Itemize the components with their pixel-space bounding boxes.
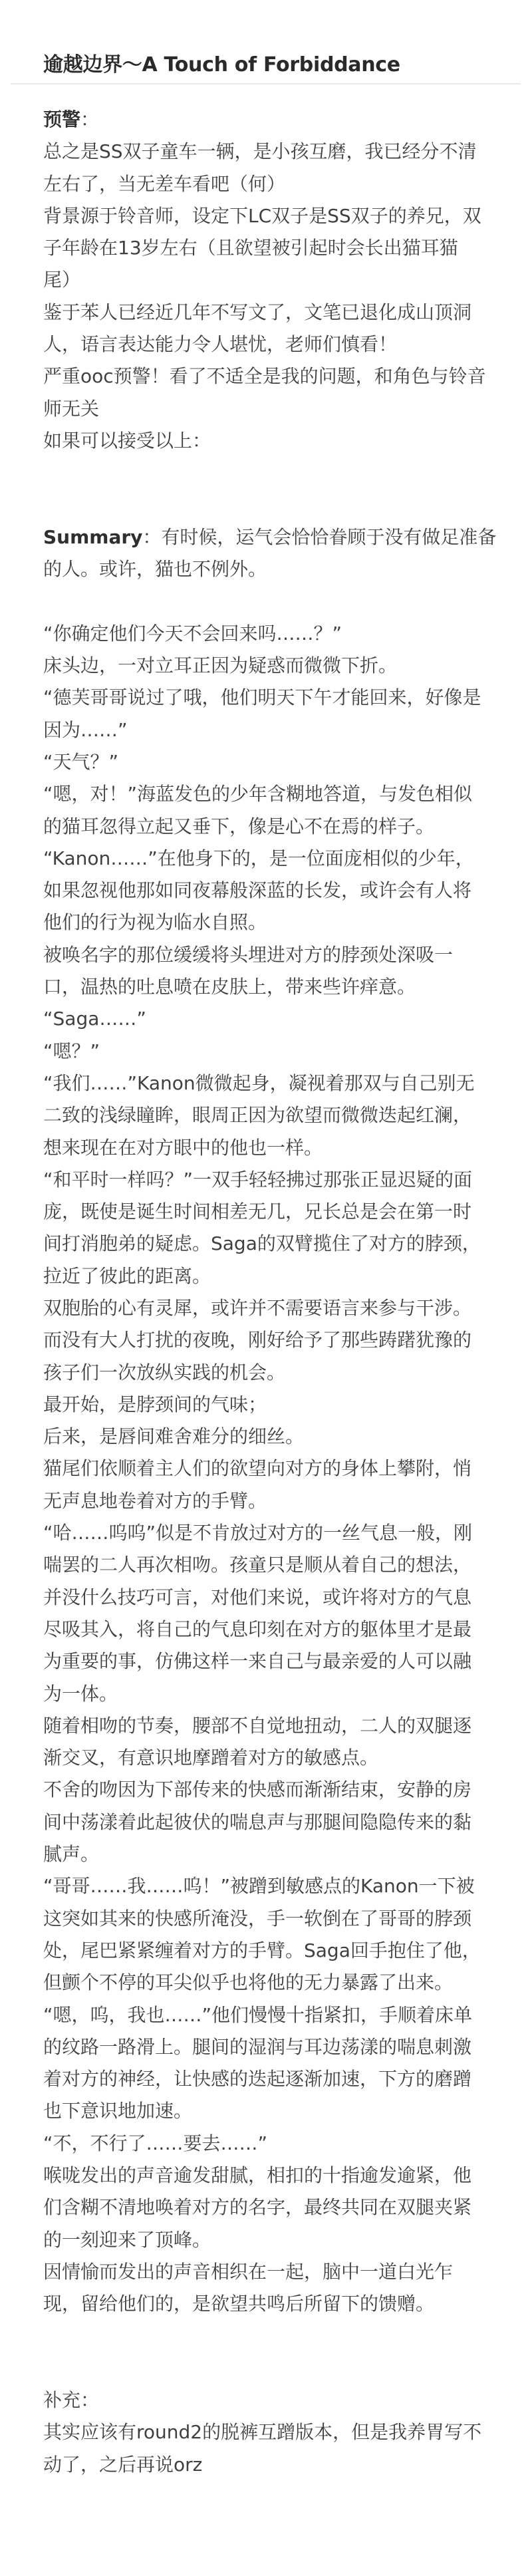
story-line: “嗯，呜，我也……”他们慢慢十指紧扣，手顺着床单: [43, 1999, 502, 2031]
blank-line: [43, 2353, 502, 2384]
story-line: 无声息地卷着对方的手臂。: [43, 1485, 502, 1517]
document-body: 预警： 总之是SS双子童车一辆，是小孩互磨，我已经分不清 左右了，当无差车看吧（…: [43, 104, 502, 2481]
warning-line: 严重ooc预警！看了不适全是我的问题，和角色与铃音: [43, 360, 502, 392]
story-line: 被唤名字的那位缓缓将头埋进对方的脖颈处深吸一: [43, 939, 502, 971]
story-line: 想来现在在对方眼中的他也一样。: [43, 1132, 502, 1164]
warning-heading-colon: ：: [80, 108, 99, 130]
story-line: “哈……呜呜”似是不肯放过对方的一丝气息一般，刚: [43, 1517, 502, 1549]
warning-heading: 预警: [43, 108, 80, 130]
story-line: 最开始，是脖颈间的气味；: [43, 1389, 502, 1421]
warning-line: 背景源于铃音师，设定下LC双子是SS双子的养兄，双: [43, 200, 502, 232]
story-line: 后来，是唇间难舍难分的细丝。: [43, 1421, 502, 1453]
story-line: 他们的行为视为临水自照。: [43, 907, 502, 938]
summary-text: ：有时候，运气会恰恰眷顾于没有做足准备: [142, 526, 496, 548]
story-line: 猫尾们依顺着主人们的欲望向对方的身体上攀附，悄: [43, 1453, 502, 1485]
story-line: 的一刻迎来了顶峰。: [43, 2224, 502, 2256]
story-line: “不，不行了……要去……”: [43, 2128, 502, 2160]
story-line: “德芙哥哥说过了哦，他们明天下午才能回来，好像是: [43, 682, 502, 714]
summary-line: Summary：有时候，运气会恰恰眷顾于没有做足准备: [43, 521, 502, 553]
warning-line: 子年龄在13岁左右（且欲望被引起时会长出猫耳猫: [43, 232, 502, 264]
document-title: 逾越边界～A Touch of Forbiddance: [43, 51, 400, 79]
story-section: “你确定他们今天不会回来吗……？” 床头边，一对立耳正因为疑惑而微微下折。 “德…: [43, 618, 502, 2321]
story-line: “和平时一样吗？”一双手轻轻拂过那张正显迟疑的面: [43, 1164, 502, 1196]
story-line: 如果忽视他那如同夜幕般深蓝的长发，或许会有人将: [43, 875, 502, 907]
story-line: 的纹路一路滑上。腿间的湿润与耳边荡漾的喘息刺激: [43, 2031, 502, 2063]
story-line: 也下意识地加速。: [43, 2095, 502, 2127]
summary-line: 的人。或许，猫也不例外。: [43, 553, 502, 585]
story-line: 为重要的事，仿佛这样一来自己与最亲爱的人可以融: [43, 1646, 502, 1677]
story-line: 二致的浅绿瞳眸，眼周正因为欲望而微微迭起红澜，: [43, 1099, 502, 1131]
story-line: 为一体。: [43, 1678, 502, 1710]
story-line: 们含糊不清地唤着对方的名字，最终共同在双腿夹紧: [43, 2192, 502, 2223]
warning-section: 预警： 总之是SS双子童车一辆，是小孩互磨，我已经分不清 左右了，当无差车看吧（…: [43, 104, 502, 457]
story-line: 的猫耳忽得立起又垂下，像是心不在焉的样子。: [43, 811, 502, 843]
story-line: 床头边，一对立耳正因为疑惑而微微下折。: [43, 650, 502, 682]
warning-line: 尾）: [43, 264, 502, 296]
story-line: “Kanon……”在他身下的，是一位面庞相似的少年，: [43, 843, 502, 875]
story-line: 渐交叉，有意识地摩蹭着对方的敏感点。: [43, 1742, 502, 1774]
story-line: 孩子们一次放纵实践的机会。: [43, 1357, 502, 1389]
story-line: 腻声。: [43, 1838, 502, 1870]
story-line: “嗯？”: [43, 1036, 502, 1068]
warning-line: 鉴于苯人已经近几年不写文了，文笔已退化成山顶洞: [43, 297, 502, 329]
story-line: “天气？”: [43, 746, 502, 778]
summary-section: Summary：有时候，运气会恰恰眷顾于没有做足准备 的人。或许，猫也不例外。: [43, 521, 502, 586]
blank-line: [43, 457, 502, 489]
story-line: 但颤个不停的耳尖似乎也将他的无力暴露了出来。: [43, 1967, 502, 1999]
story-line: 间中荡漾着此起彼伏的喘息声与那腿间隐隐传来的黏: [43, 1806, 502, 1838]
warning-line: 师无关: [43, 393, 502, 425]
story-line: 庞，既使是诞生时间相差无几，兄长总是会在第一时: [43, 1196, 502, 1228]
blank-line: [43, 490, 502, 521]
story-line: “我们……”Kanon微微起身，凝视着那双与自己别无: [43, 1068, 502, 1099]
story-line: 并没什么技巧可言，对他们来说，或许将对方的气息: [43, 1582, 502, 1614]
warning-line: 如果可以接受以上：: [43, 425, 502, 457]
story-line: 拉近了彼此的距离。: [43, 1260, 502, 1292]
story-line: 口，温热的吐息喷在皮肤上，带来些许痒意。: [43, 971, 502, 1003]
story-line: 间打消胞弟的疑虑。Saga的双臂揽住了对方的脖颈，: [43, 1228, 502, 1260]
warning-heading-line: 预警：: [43, 104, 502, 136]
story-line: “你确定他们今天不会回来吗……？”: [43, 618, 502, 650]
story-line: 现，留给他们的，是欲望共鸣后所留下的馈赠。: [43, 2288, 502, 2320]
story-line: 而没有大人打扰的夜晚，刚好给予了那些踌躇犹豫的: [43, 1324, 502, 1356]
title-divider: [11, 83, 521, 84]
warning-line: 人，语言表达能力令人堪忧，老师们慎看！: [43, 329, 502, 360]
story-line: 着对方的神经，让快感的迭起逐渐加速，下方的磨蹭: [43, 2063, 502, 2095]
story-line: 双胞胎的心有灵犀，或许并不需要语言来参与干涉。: [43, 1292, 502, 1324]
story-line: 这突如其来的快感所淹没，手一软倒在了哥哥的脖颈: [43, 1903, 502, 1935]
warning-line: 总之是SS双子童车一辆，是小孩互磨，我已经分不清: [43, 136, 502, 168]
afterword-line: 其实应该有round2的脱裤互蹭版本，但是我养胃写不: [43, 2416, 502, 2448]
story-line: 因情愉而发出的声音相织在一起，脑中一道白光乍: [43, 2256, 502, 2288]
afterword-line: 动了，之后再说orz: [43, 2449, 502, 2481]
blank-line: [43, 585, 502, 617]
story-line: 喉咙发出的声音逾发甜腻，相扣的十指逾发逾紧，他: [43, 2160, 502, 2192]
story-line: 尽吸其入，将自己的气息印刻在对方的躯体里才是最: [43, 1614, 502, 1646]
story-line: 喘罢的二人再次相吻。孩童只是顺从着自己的想法，: [43, 1549, 502, 1581]
summary-label: Summary: [43, 526, 142, 548]
story-line: “嗯，对！”海蓝发色的少年含糊地答道，与发色相似: [43, 778, 502, 810]
story-line: 随着相吻的节奏，腰部不自觉地扭动，二人的双腿逐: [43, 1710, 502, 1742]
story-line: “Saga……”: [43, 1003, 502, 1035]
story-line: 不舍的吻因为下部传来的快感而渐渐结束，安静的房: [43, 1774, 502, 1806]
warning-line: 左右了，当无差车看吧（何）: [43, 168, 502, 200]
blank-line: [43, 2320, 502, 2352]
story-line: 处，尾巴紧紧缠着对方的手臂。Saga回手抱住了他，: [43, 1935, 502, 1967]
story-line: “哥哥……我……呜！”被蹭到敏感点的Kanon一下被: [43, 1870, 502, 1902]
story-line: 因为……”: [43, 714, 502, 746]
afterword-heading: 补充：: [43, 2384, 502, 2416]
afterword-section: 补充： 其实应该有round2的脱裤互蹭版本，但是我养胃写不 动了，之后再说or…: [43, 2384, 502, 2481]
